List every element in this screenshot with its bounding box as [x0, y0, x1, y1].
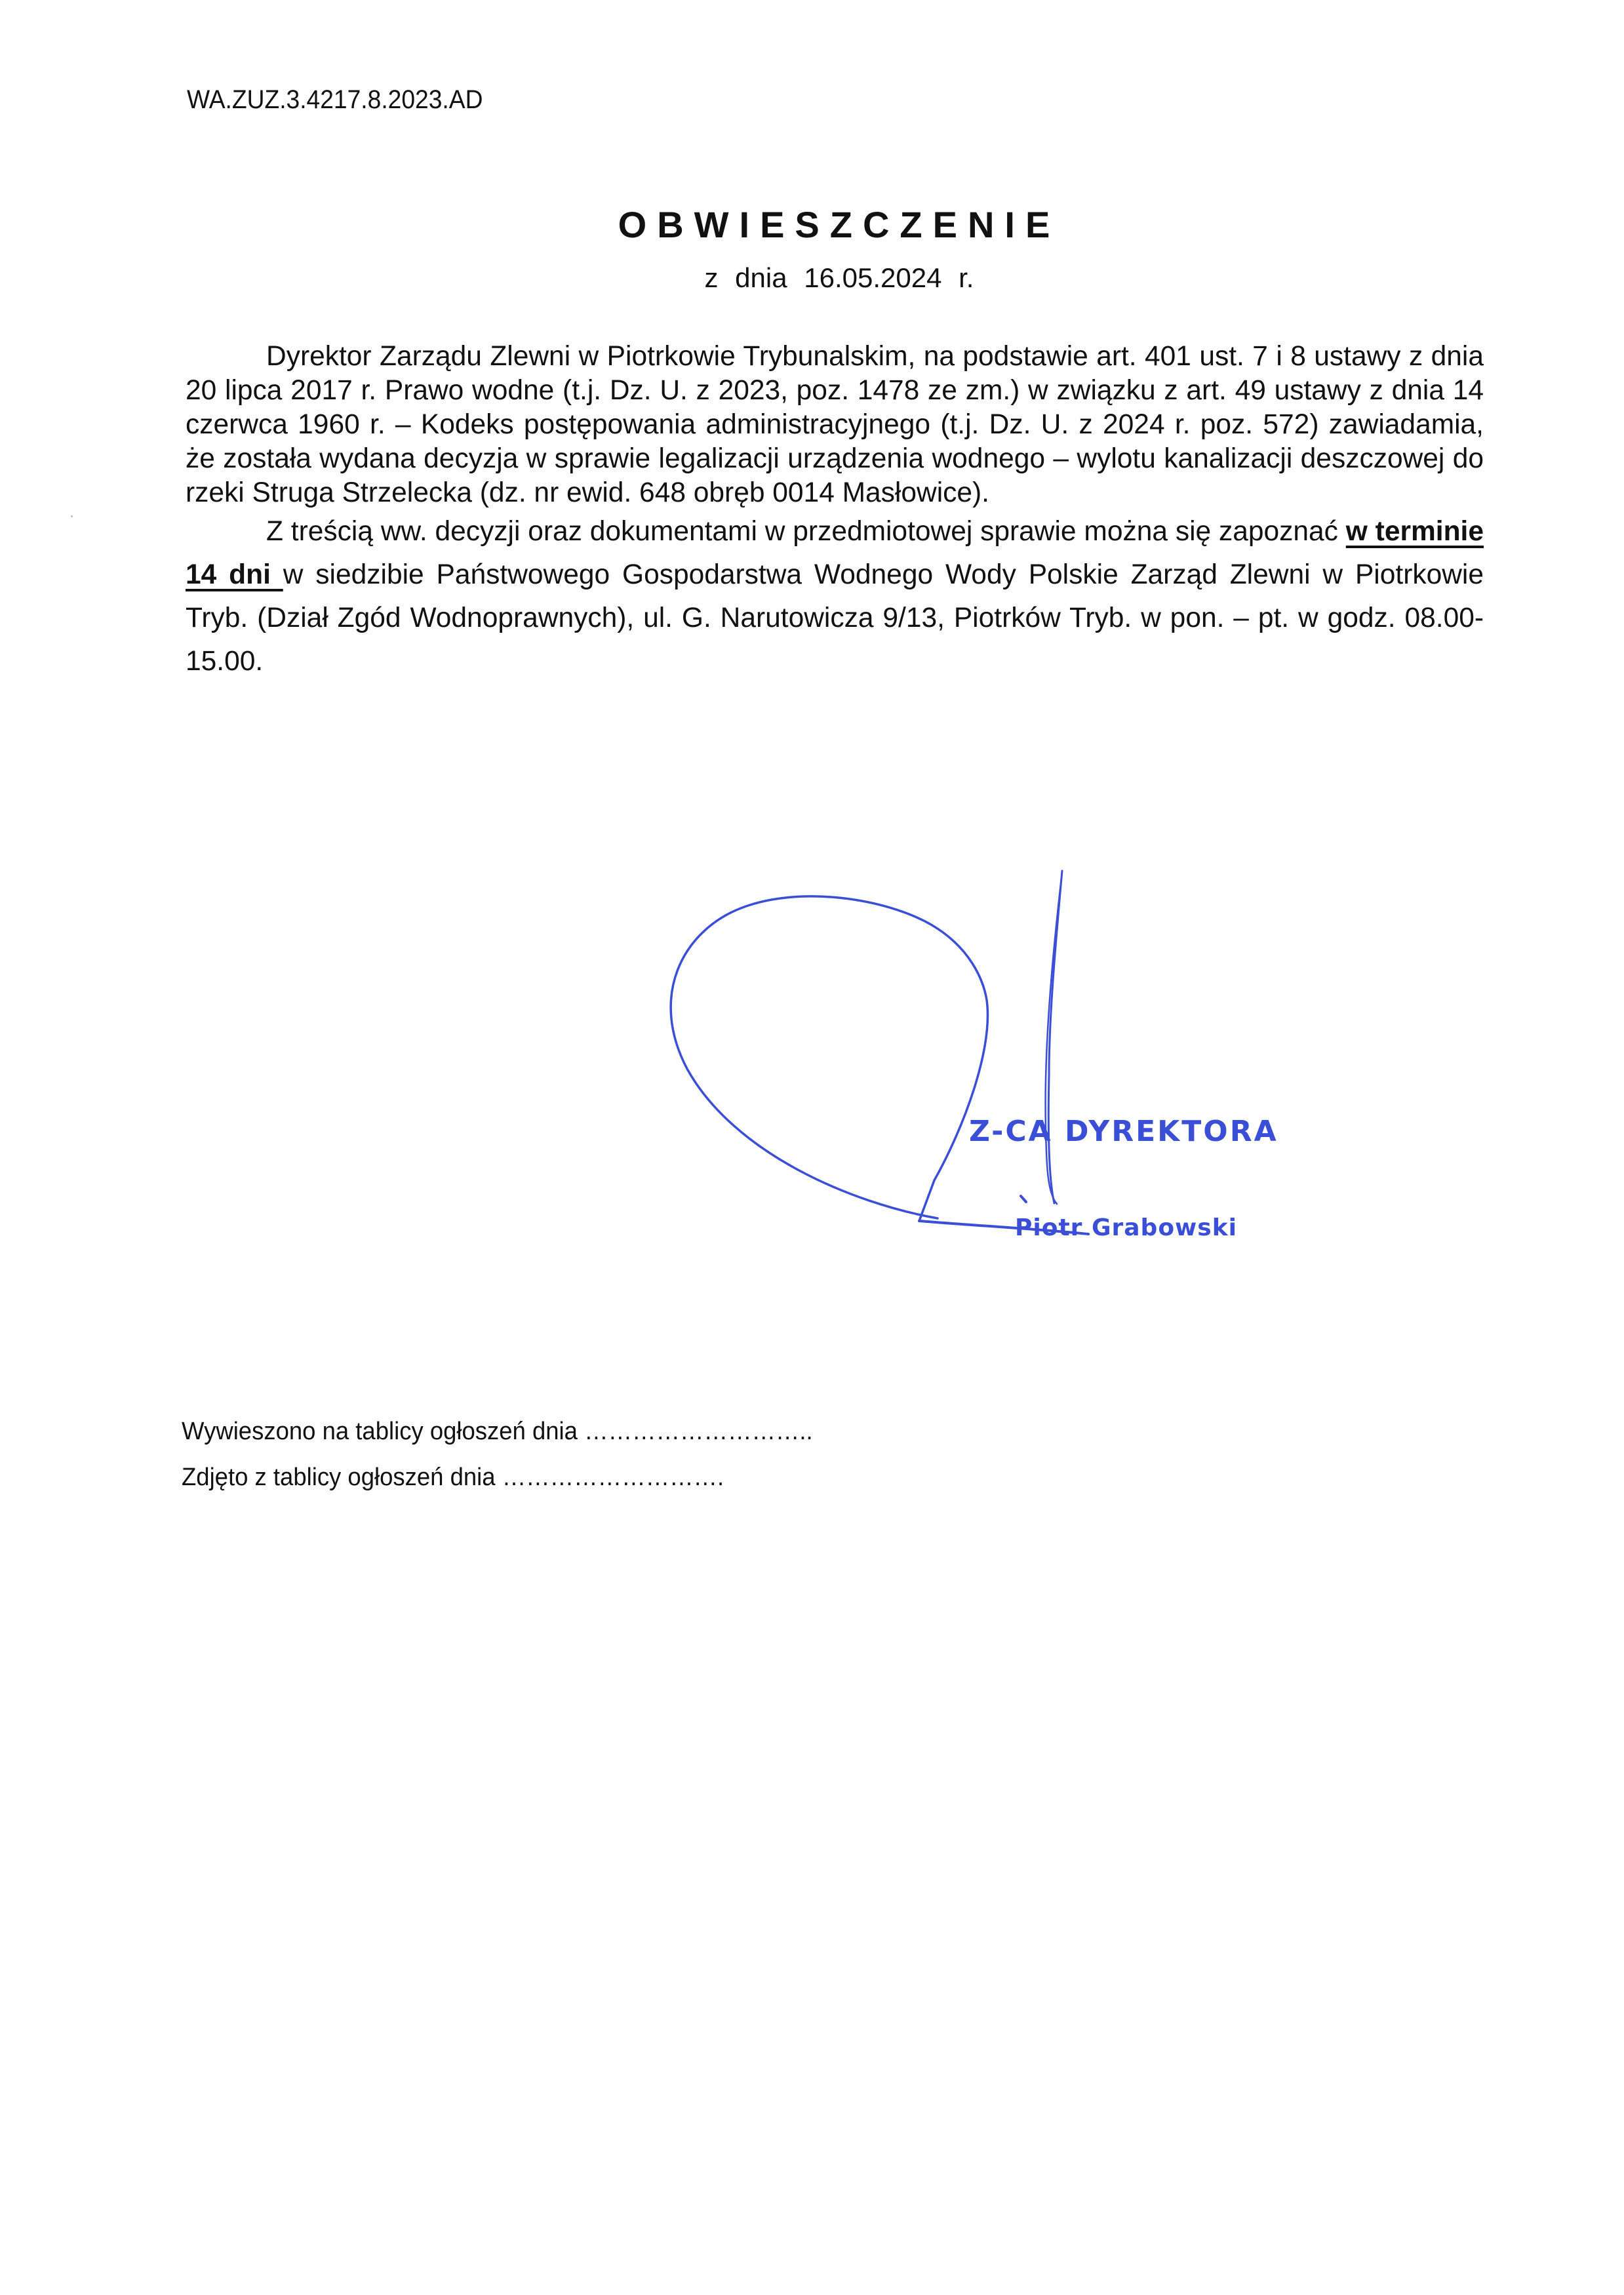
paragraph-access-info: Z treścią ww. decyzji oraz dokumentami w… [186, 510, 1484, 683]
access-info-location: w siedzibie Państwowego Gospodarstwa Wod… [186, 559, 1484, 677]
scan-artifact-dot [71, 515, 73, 517]
stamp-signatory-name: Piotr Grabowski [1015, 1214, 1237, 1241]
posted-date-line: Wywieszono na tablicy ogłoszeń dnia …………… [182, 1408, 813, 1454]
stamp-title: Z-CA DYREKTORA [969, 1115, 1278, 1148]
paragraph-notice: Dyrektor Zarządu Zlewni w Piotrkowie Try… [186, 340, 1484, 510]
posting-record: Wywieszono na tablicy ogłoszeń dnia …………… [182, 1408, 839, 1500]
reference-number: WA.ZUZ.3.4217.8.2023.AD [187, 85, 483, 115]
access-info-lead: Z treścią ww. decyzji oraz dokumentami w… [266, 516, 1346, 547]
document-title: OBWIESZCZENIE [0, 203, 1624, 246]
document-page: WA.ZUZ.3.4217.8.2023.AD OBWIESZCZENIE z … [0, 0, 1624, 2295]
removed-date-line: Zdjęto z tablicy ogłoszeń dnia ………………………… [182, 1454, 813, 1500]
document-body: Dyrektor Zarządu Zlewni w Piotrkowie Try… [186, 340, 1484, 683]
document-date: z dnia 16.05.2024 r. [0, 262, 1624, 294]
